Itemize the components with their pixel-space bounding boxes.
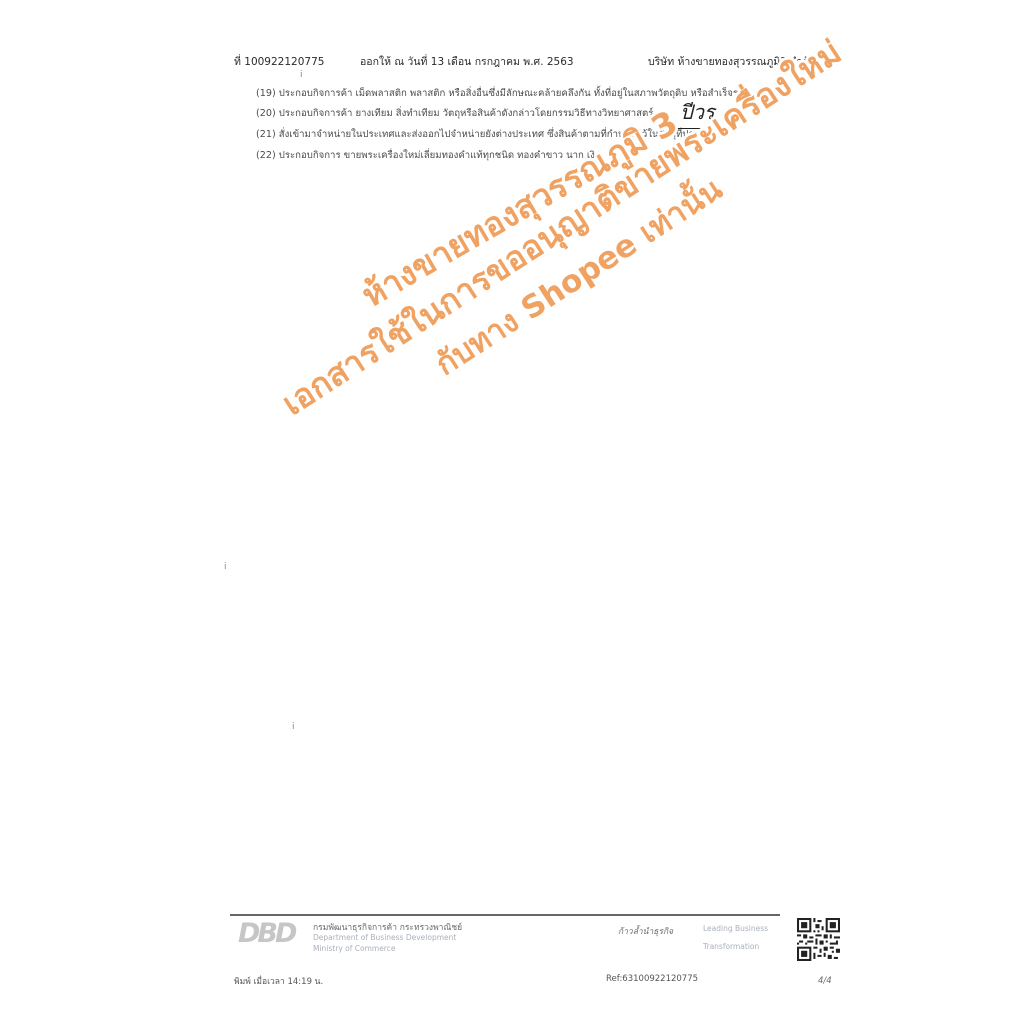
objective-item-21: (21) สั่งเข้ามาจำหน่ายในประเทศและส่งออกไ… xyxy=(256,127,716,142)
objective-text: สั่งเข้ามาจำหน่ายในประเทศและส่งออกไปจำหน… xyxy=(279,129,716,140)
scan-mark: i xyxy=(300,70,303,80)
dbd-logo: DBD xyxy=(238,918,308,950)
signature: ปีวร xyxy=(676,96,719,129)
slogan-english-1: Leading Business xyxy=(703,924,768,933)
slogan-thai: ก้าวล้ำนำธุรกิจ xyxy=(618,924,673,938)
reference-number: Ref:63100922120775 xyxy=(606,974,698,984)
printed-time: พิมพ์ เมื่อเวลา 14:19 น. xyxy=(234,974,323,988)
objective-number: (21) xyxy=(256,129,276,140)
objective-number: (19) xyxy=(256,88,276,99)
qr-code xyxy=(797,918,840,961)
objective-number: (20) xyxy=(256,108,276,119)
objective-item-20: (20) ประกอบกิจการค้า ยางเทียม สิ่งทำเทีย… xyxy=(256,106,653,121)
objective-text: ประกอบกิจการ ขายพระเครื่องใหม่เลี่ยมทองค… xyxy=(279,150,602,161)
objective-item-22: (22) ประกอบกิจการ ขายพระเครื่องใหม่เลี่ย… xyxy=(256,148,601,163)
footer-divider xyxy=(230,914,780,916)
department-thai: กรมพัฒนาธุรกิจการค้า กระทรวงพาณิชย์ xyxy=(313,920,462,934)
objective-item-19: (19) ประกอบกิจการค้า เม็ดพลาสติก พลาสติก… xyxy=(256,86,744,101)
objective-text: ประกอบกิจการค้า ยางเทียม สิ่งทำเทียม วัต… xyxy=(279,108,654,119)
objective-text: ประกอบกิจการค้า เม็ดพลาสติก พลาสติก หรือ… xyxy=(279,88,744,99)
registration-number: ที่ 100922120775 xyxy=(234,53,324,70)
company-name: บริษัท ห้างขายทองสุวรรณภูมิ3 จำกัด xyxy=(648,53,815,70)
slogan-english-2: Transformation xyxy=(703,942,759,951)
department-english: Department of Business Development xyxy=(313,933,456,942)
scan-mark: i xyxy=(292,722,295,732)
watermark-line-3: กับทาง Shopee เท่านั้น xyxy=(425,164,732,388)
page-number: 4/4 xyxy=(818,976,832,986)
scan-mark: i xyxy=(224,562,227,572)
objective-number: (22) xyxy=(256,150,276,161)
issued-date: ออกให้ ณ วันที่ 13 เดือน กรกฎาคม พ.ศ. 25… xyxy=(360,53,574,70)
ministry-english: Ministry of Commerce xyxy=(313,944,395,953)
